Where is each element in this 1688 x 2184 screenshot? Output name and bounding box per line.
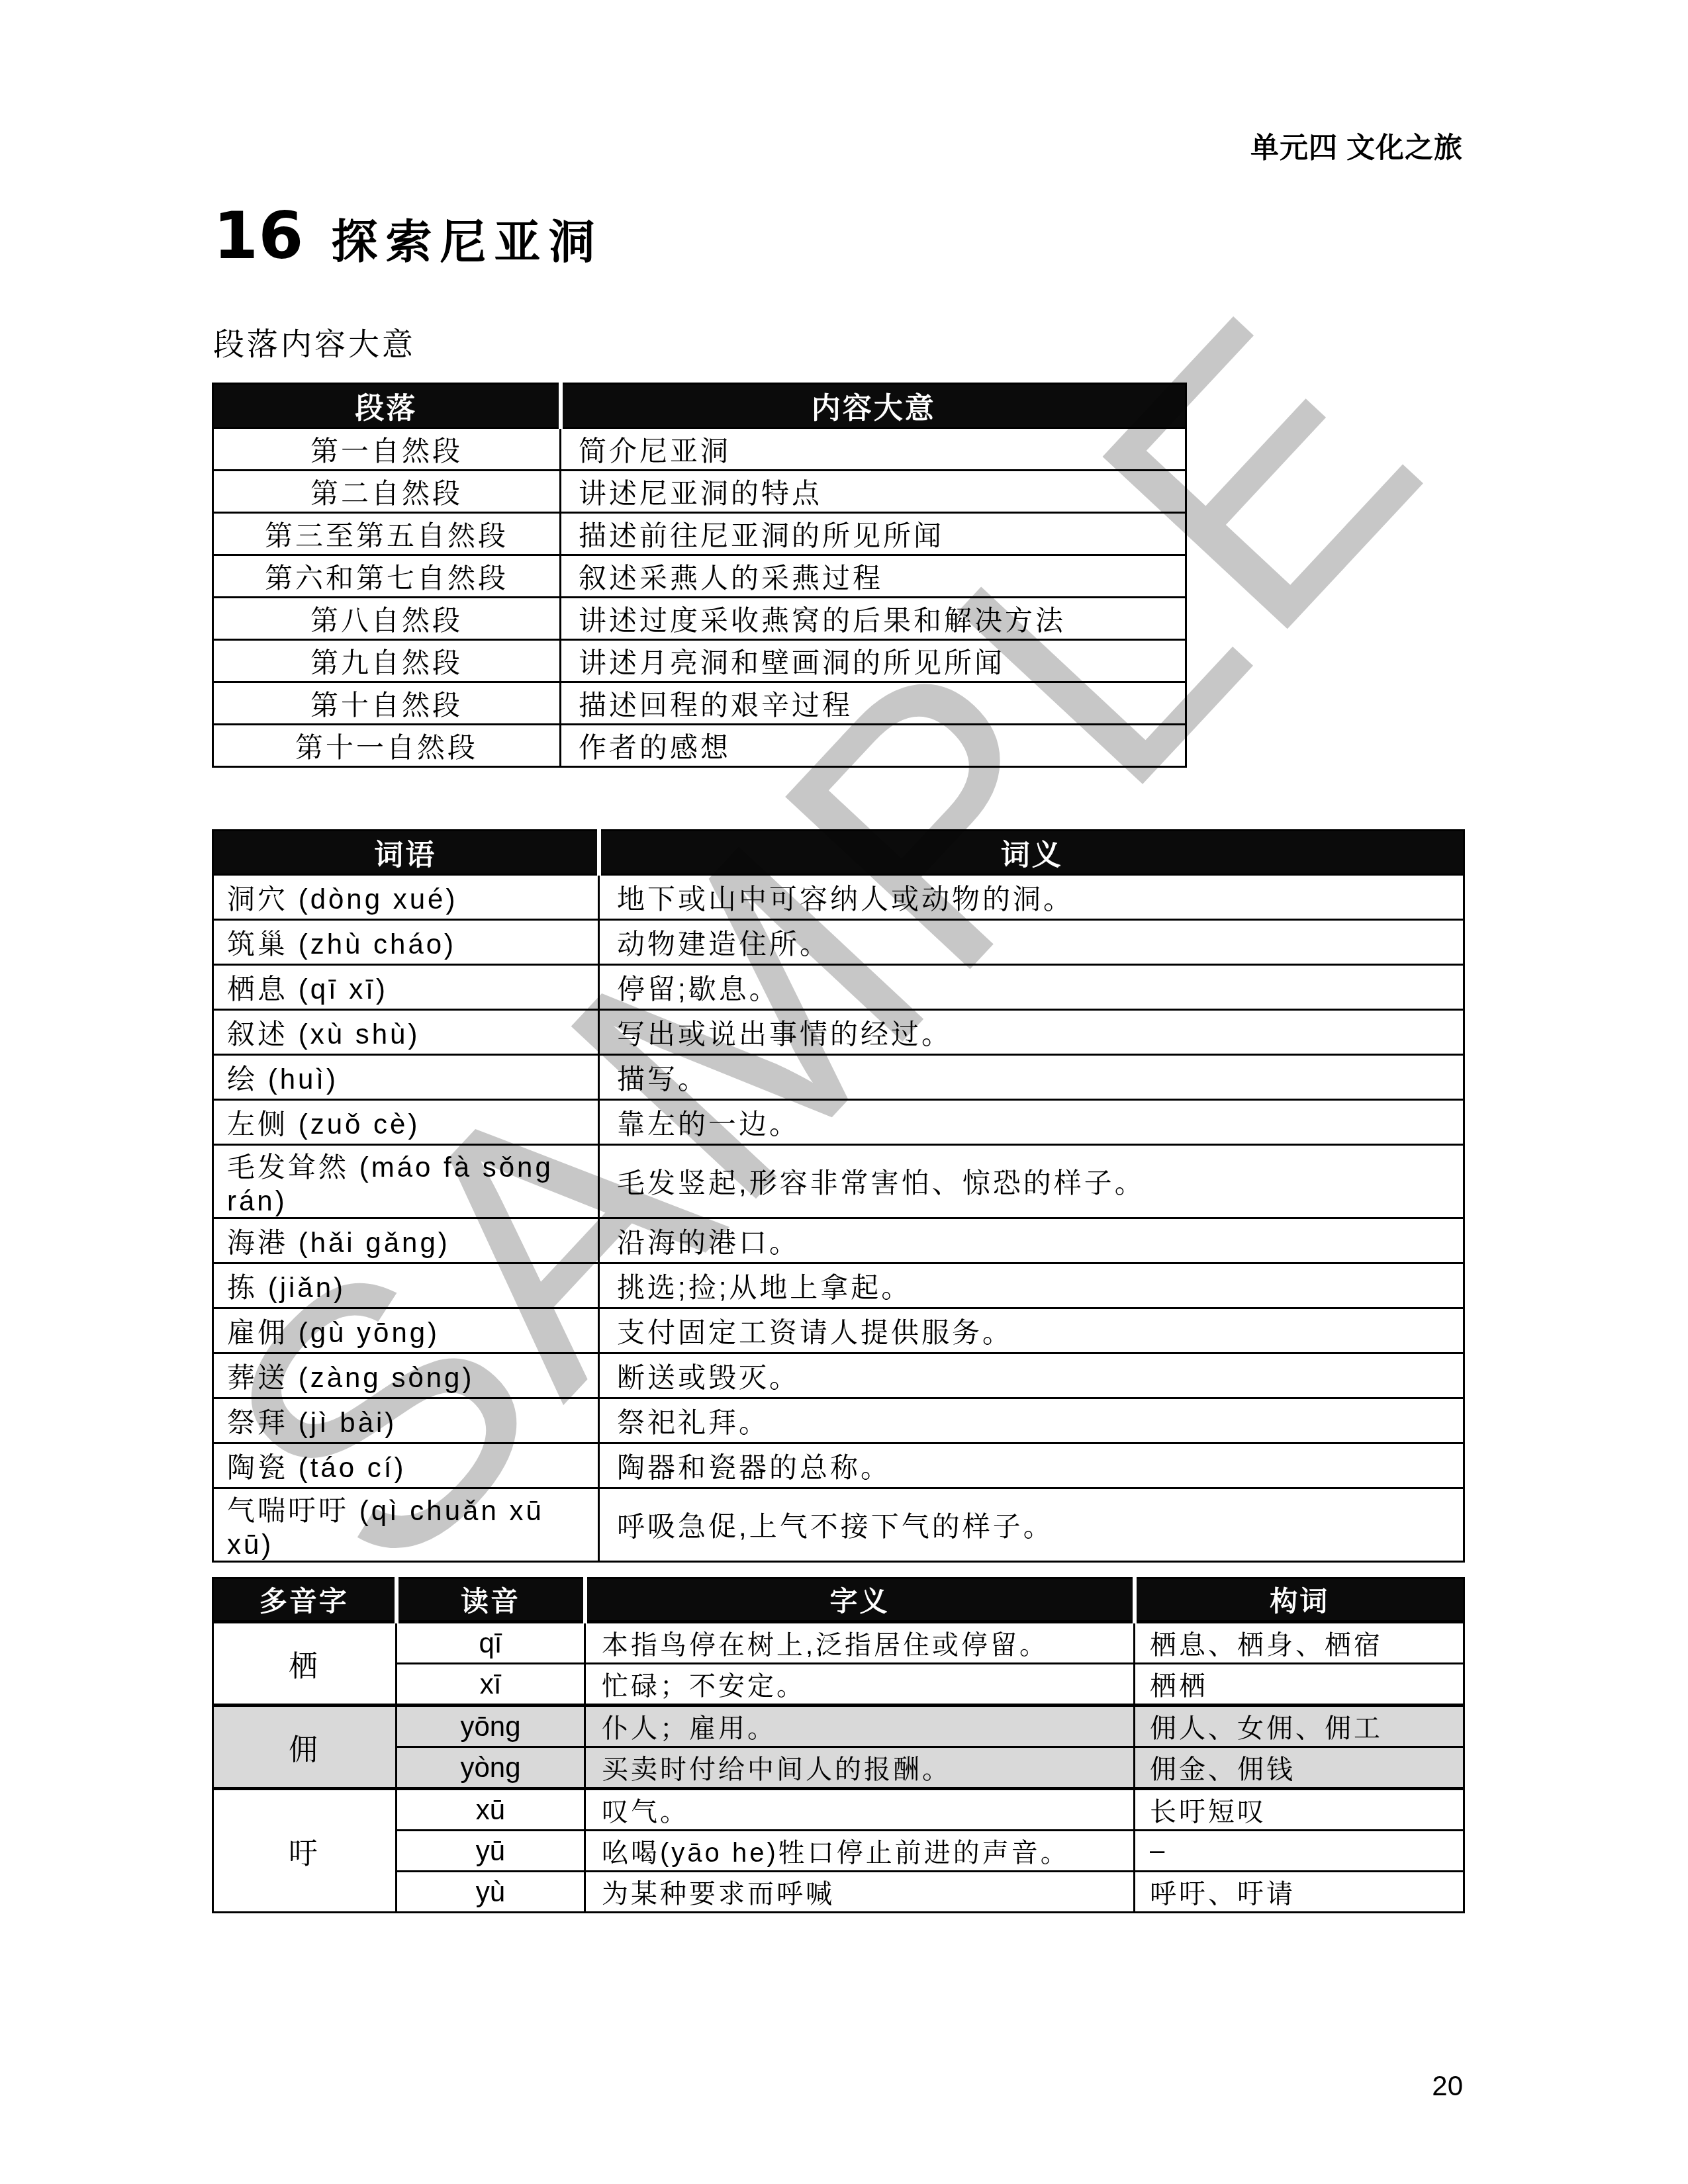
table-row: 洞穴 (dòng xué)地下或山中可容纳人或动物的洞。 bbox=[213, 875, 1464, 920]
lesson-title: 探索尼亚洞 bbox=[331, 219, 602, 265]
word-cell: 拣 (jiǎn) bbox=[213, 1263, 599, 1308]
meaning-cell: 吆喝(yāo he)牲口停止前进的声音。 bbox=[585, 1831, 1135, 1872]
word-cell: 绘 (huì) bbox=[213, 1055, 599, 1100]
table-row: 毛发耸然 (máo fà sǒng rán)毛发竖起,形容非常害怕、惊恐的样子。 bbox=[213, 1145, 1464, 1218]
table-row: 第十自然段描述回程的艰辛过程 bbox=[213, 682, 1186, 725]
table-row: 祭拜 (jì bài)祭祀礼拜。 bbox=[213, 1398, 1464, 1443]
summary-cell: 讲述尼亚洞的特点 bbox=[561, 471, 1186, 513]
table-row: 雇佣 (gù yōng)支付固定工资请人提供服务。 bbox=[213, 1308, 1464, 1353]
paragraph-cell: 第十自然段 bbox=[213, 682, 561, 725]
table-row: 栖息 (qī xī)停留;歇息。 bbox=[213, 965, 1464, 1010]
summary-cell: 讲述过度采收燕窝的后果和解决方法 bbox=[561, 598, 1186, 640]
table-row: 筑巢 (zhù cháo)动物建造住所。 bbox=[213, 920, 1464, 965]
word-cell: 葬送 (zàng sòng) bbox=[213, 1353, 599, 1398]
table-row: 第三至第五自然段描述前往尼亚洞的所见所闻 bbox=[213, 513, 1186, 555]
word-cell: 毛发耸然 (máo fà sǒng rán) bbox=[213, 1145, 599, 1218]
summary-cell: 简介尼亚洞 bbox=[561, 428, 1186, 471]
word-formation-cell: – bbox=[1135, 1831, 1464, 1872]
pinyin-cell: yòng bbox=[397, 1747, 585, 1789]
paragraph-cell: 第八自然段 bbox=[213, 598, 561, 640]
definition-cell: 停留;歇息。 bbox=[599, 965, 1464, 1010]
word-formation-cell: 栖栖 bbox=[1135, 1664, 1464, 1706]
unit-header: 单元四 文化之旅 bbox=[212, 126, 1463, 166]
word-cell: 雇佣 (gù yōng) bbox=[213, 1308, 599, 1353]
word-cell: 陶瓷 (táo cí) bbox=[213, 1443, 599, 1488]
table-row: 海港 (hǎi gǎng)沿海的港口。 bbox=[213, 1218, 1464, 1263]
table-row: 叙述 (xù shù)写出或说出事情的经过。 bbox=[213, 1010, 1464, 1055]
paragraph-summary-table: 段落 内容大意 第一自然段简介尼亚洞第二自然段讲述尼亚洞的特点第三至第五自然段描… bbox=[212, 383, 1187, 768]
meaning-cell: 本指鸟停在树上,泛指居住或停留。 bbox=[585, 1622, 1135, 1664]
col-header-pronunciation: 读音 bbox=[397, 1578, 585, 1622]
definition-cell: 断送或毁灭。 bbox=[599, 1353, 1464, 1398]
word-formation-cell: 呼吁、吁请 bbox=[1135, 1872, 1464, 1913]
meaning-cell: 买卖时付给中间人的报酬。 bbox=[585, 1747, 1135, 1789]
table-row: 第六和第七自然段叙述采燕人的采燕过程 bbox=[213, 555, 1186, 598]
word-formation-cell: 佣金、佣钱 bbox=[1135, 1747, 1464, 1789]
summary-cell: 描述回程的艰辛过程 bbox=[561, 682, 1186, 725]
meaning-cell: 仆人；雇用。 bbox=[585, 1706, 1135, 1747]
table-row: 栖qī本指鸟停在树上,泛指居住或停留。栖息、栖身、栖宿 bbox=[213, 1622, 1464, 1664]
col-header-paragraph: 段落 bbox=[213, 384, 561, 428]
table-header-row: 段落 内容大意 bbox=[213, 384, 1186, 428]
meaning-cell: 忙碌；不安定。 bbox=[585, 1664, 1135, 1706]
definition-cell: 挑选;捡;从地上拿起。 bbox=[599, 1263, 1464, 1308]
paragraph-cell: 第六和第七自然段 bbox=[213, 555, 561, 598]
summary-cell: 作者的感想 bbox=[561, 725, 1186, 767]
polyphone-table: 多音字 读音 字义 构词 栖qī本指鸟停在树上,泛指居住或停留。栖息、栖身、栖宿… bbox=[212, 1577, 1465, 1913]
word-cell: 祭拜 (jì bài) bbox=[213, 1398, 599, 1443]
polyphone-char-cell: 栖 bbox=[213, 1622, 397, 1706]
col-header-word: 词语 bbox=[213, 831, 599, 875]
word-formation-cell: 长吁短叹 bbox=[1135, 1789, 1464, 1831]
section-heading: 段落内容大意 bbox=[213, 320, 416, 364]
table-row: 葬送 (zàng sòng)断送或毁灭。 bbox=[213, 1353, 1464, 1398]
paragraph-cell: 第三至第五自然段 bbox=[213, 513, 561, 555]
definition-cell: 陶器和瓷器的总称。 bbox=[599, 1443, 1464, 1488]
table-row: 第八自然段讲述过度采收燕窝的后果和解决方法 bbox=[213, 598, 1186, 640]
table-row: 吁xū叹气。长吁短叹 bbox=[213, 1789, 1464, 1831]
definition-cell: 动物建造住所。 bbox=[599, 920, 1464, 965]
table-row: xī忙碌；不安定。栖栖 bbox=[213, 1664, 1464, 1706]
table-row: yù为某种要求而呼喊呼吁、吁请 bbox=[213, 1872, 1464, 1913]
word-formation-cell: 佣人、女佣、佣工 bbox=[1135, 1706, 1464, 1747]
word-cell: 左侧 (zuǒ cè) bbox=[213, 1100, 599, 1145]
definition-cell: 写出或说出事情的经过。 bbox=[599, 1010, 1464, 1055]
vocabulary-table: 词语 词义 洞穴 (dòng xué)地下或山中可容纳人或动物的洞。筑巢 (zh… bbox=[212, 829, 1465, 1563]
summary-cell: 描述前往尼亚洞的所见所闻 bbox=[561, 513, 1186, 555]
table-row: 第一自然段简介尼亚洞 bbox=[213, 428, 1186, 471]
definition-cell: 地下或山中可容纳人或动物的洞。 bbox=[599, 875, 1464, 920]
table-header-row: 词语 词义 bbox=[213, 831, 1464, 875]
definition-cell: 毛发竖起,形容非常害怕、惊恐的样子。 bbox=[599, 1145, 1464, 1218]
pinyin-cell: yōng bbox=[397, 1706, 585, 1747]
col-header-summary: 内容大意 bbox=[561, 384, 1186, 428]
table-row: yū吆喝(yāo he)牲口停止前进的声音。– bbox=[213, 1831, 1464, 1872]
definition-cell: 靠左的一边。 bbox=[599, 1100, 1464, 1145]
word-cell: 叙述 (xù shù) bbox=[213, 1010, 599, 1055]
table-row: 左侧 (zuǒ cè)靠左的一边。 bbox=[213, 1100, 1464, 1145]
word-cell: 海港 (hǎi gǎng) bbox=[213, 1218, 599, 1263]
page-number: 20 bbox=[212, 2070, 1463, 2102]
table-row: yòng买卖时付给中间人的报酬。佣金、佣钱 bbox=[213, 1747, 1464, 1789]
word-cell: 气喘吁吁 (qì chuǎn xū xū) bbox=[213, 1488, 599, 1562]
definition-cell: 沿海的港口。 bbox=[599, 1218, 1464, 1263]
paragraph-cell: 第一自然段 bbox=[213, 428, 561, 471]
table-row: 拣 (jiǎn)挑选;捡;从地上拿起。 bbox=[213, 1263, 1464, 1308]
pinyin-cell: qī bbox=[397, 1622, 585, 1664]
table-header-row: 多音字 读音 字义 构词 bbox=[213, 1578, 1464, 1622]
pinyin-cell: yū bbox=[397, 1831, 585, 1872]
table-row: 绘 (huì)描写。 bbox=[213, 1055, 1464, 1100]
table-row: 佣yōng仆人；雇用。佣人、女佣、佣工 bbox=[213, 1706, 1464, 1747]
paragraph-cell: 第十一自然段 bbox=[213, 725, 561, 767]
meaning-cell: 为某种要求而呼喊 bbox=[585, 1872, 1135, 1913]
word-cell: 洞穴 (dòng xué) bbox=[213, 875, 599, 920]
paragraph-cell: 第九自然段 bbox=[213, 640, 561, 682]
col-header-word-formation: 构词 bbox=[1135, 1578, 1464, 1622]
table-row: 第十一自然段作者的感想 bbox=[213, 725, 1186, 767]
word-formation-cell: 栖息、栖身、栖宿 bbox=[1135, 1622, 1464, 1664]
pinyin-cell: yù bbox=[397, 1872, 585, 1913]
lesson-title-row: 16 探索尼亚洞 bbox=[213, 204, 602, 269]
definition-cell: 祭祀礼拜。 bbox=[599, 1398, 1464, 1443]
col-header-definition: 词义 bbox=[599, 831, 1464, 875]
meaning-cell: 叹气。 bbox=[585, 1789, 1135, 1831]
polyphone-char-cell: 吁 bbox=[213, 1789, 397, 1913]
pinyin-cell: xū bbox=[397, 1789, 585, 1831]
table-row: 气喘吁吁 (qì chuǎn xū xū)呼吸急促,上气不接下气的样子。 bbox=[213, 1488, 1464, 1562]
definition-cell: 描写。 bbox=[599, 1055, 1464, 1100]
table-row: 第九自然段讲述月亮洞和壁画洞的所见所闻 bbox=[213, 640, 1186, 682]
word-cell: 栖息 (qī xī) bbox=[213, 965, 599, 1010]
definition-cell: 支付固定工资请人提供服务。 bbox=[599, 1308, 1464, 1353]
polyphone-char-cell: 佣 bbox=[213, 1706, 397, 1789]
table-row: 陶瓷 (táo cí)陶器和瓷器的总称。 bbox=[213, 1443, 1464, 1488]
summary-cell: 讲述月亮洞和壁画洞的所见所闻 bbox=[561, 640, 1186, 682]
definition-cell: 呼吸急促,上气不接下气的样子。 bbox=[599, 1488, 1464, 1562]
col-header-meaning: 字义 bbox=[585, 1578, 1135, 1622]
paragraph-cell: 第二自然段 bbox=[213, 471, 561, 513]
lesson-number: 16 bbox=[213, 204, 303, 269]
word-cell: 筑巢 (zhù cháo) bbox=[213, 920, 599, 965]
pinyin-cell: xī bbox=[397, 1664, 585, 1706]
col-header-polyphone: 多音字 bbox=[213, 1578, 397, 1622]
summary-cell: 叙述采燕人的采燕过程 bbox=[561, 555, 1186, 598]
table-row: 第二自然段讲述尼亚洞的特点 bbox=[213, 471, 1186, 513]
